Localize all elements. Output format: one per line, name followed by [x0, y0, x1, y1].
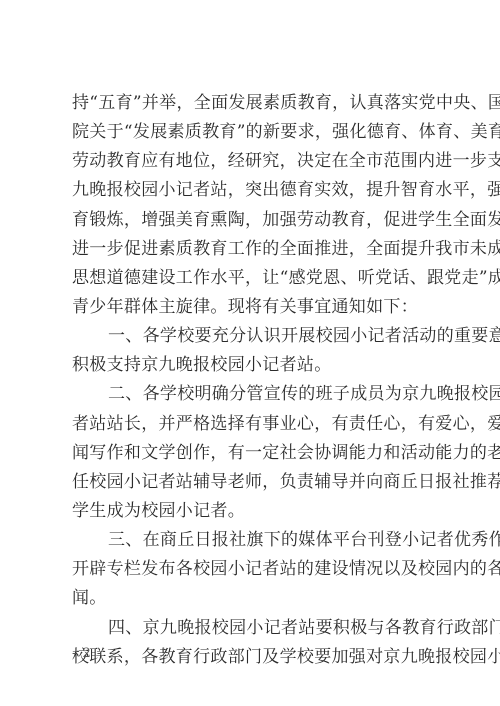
- text-line: 任校园小记者站辅导老师，负责辅导并向商丘日报社推荐优秀: [72, 468, 438, 497]
- text-line: 进一步促进素质教育工作的全面推进，全面提升我市未成年人: [72, 235, 438, 264]
- text-line: 持“五育”并举，全面发展素质教育，认真落实党中央、国务: [72, 89, 438, 118]
- document-page: 持“五育”并举，全面发展素质教育，认真落实党中央、国务 院关于“发展素质教育”的…: [0, 0, 500, 706]
- paragraph-intro-continuation: 持“五育”并举，全面发展素质教育，认真落实党中央、国务 院关于“发展素质教育”的…: [72, 89, 438, 322]
- paragraph-item-3: 三、在商丘日报社旗下的媒体平台刊登小记者优秀作品， 开辟专栏发布各校园小记者站的…: [72, 526, 438, 613]
- text-line: 四、京九晚报校园小记者站要积极与各教育行政部门及学: [72, 614, 438, 643]
- text-line: 思想道德建设工作水平，让“感党恩、听党话、跟党走”成为: [72, 264, 438, 293]
- text-line: 校联系，各教育行政部门及学校要加强对京九晚报校园小记者: [72, 643, 438, 672]
- text-line: 九晚报校园小记者站，突出德育实效，提升智育水平，强化体: [72, 176, 438, 205]
- paragraph-item-1: 一、各学校要充分认识开展校园小记者活动的重要意义， 积极支持京九晚报校园小记者站…: [72, 322, 438, 380]
- text-line: 育锻炼，增强美育熏陶，加强劳动教育，促进学生全面发展。: [72, 206, 438, 235]
- text-line: 二、各学校明确分管宣传的班子成员为京九晚报校园小记: [72, 380, 438, 409]
- text-line: 劳动教育应有地位，经研究，决定在全市范围内进一步支持京: [72, 147, 438, 176]
- document-body: 持“五育”并举，全面发展素质教育，认真落实党中央、国务 院关于“发展素质教育”的…: [72, 89, 438, 672]
- text-line: 学生成为校园小记者。: [72, 497, 438, 526]
- text-line: 三、在商丘日报社旗下的媒体平台刊登小记者优秀作品，: [72, 526, 438, 555]
- paragraph-item-4: 四、京九晚报校园小记者站要积极与各教育行政部门及学 校联系，各教育行政部门及学校…: [72, 614, 438, 672]
- text-line: 者站站长，并严格选择有事业心，有责任心，有爱心，爱好新: [72, 410, 438, 439]
- text-line: 一、各学校要充分认识开展校园小记者活动的重要意义，: [72, 322, 438, 351]
- text-line: 开辟专栏发布各校园小记者站的建设情况以及校园内的各类新: [72, 555, 438, 584]
- text-line: 积极支持京九晚报校园小记者站。: [72, 351, 438, 380]
- text-line: 院关于“发展素质教育”的新要求，强化德育、体育、美育和: [72, 118, 438, 147]
- text-line: 青少年群体主旋律。现将有关事宜通知如下：: [72, 293, 438, 322]
- page-number: - 2 -: [72, 646, 102, 661]
- paragraph-item-2: 二、各学校明确分管宣传的班子成员为京九晚报校园小记 者站站长，并严格选择有事业心…: [72, 380, 438, 526]
- text-line: 闻写作和文学创作，有一定社会协调能力和活动能力的老师担: [72, 439, 438, 468]
- text-line: 闻。: [72, 584, 438, 613]
